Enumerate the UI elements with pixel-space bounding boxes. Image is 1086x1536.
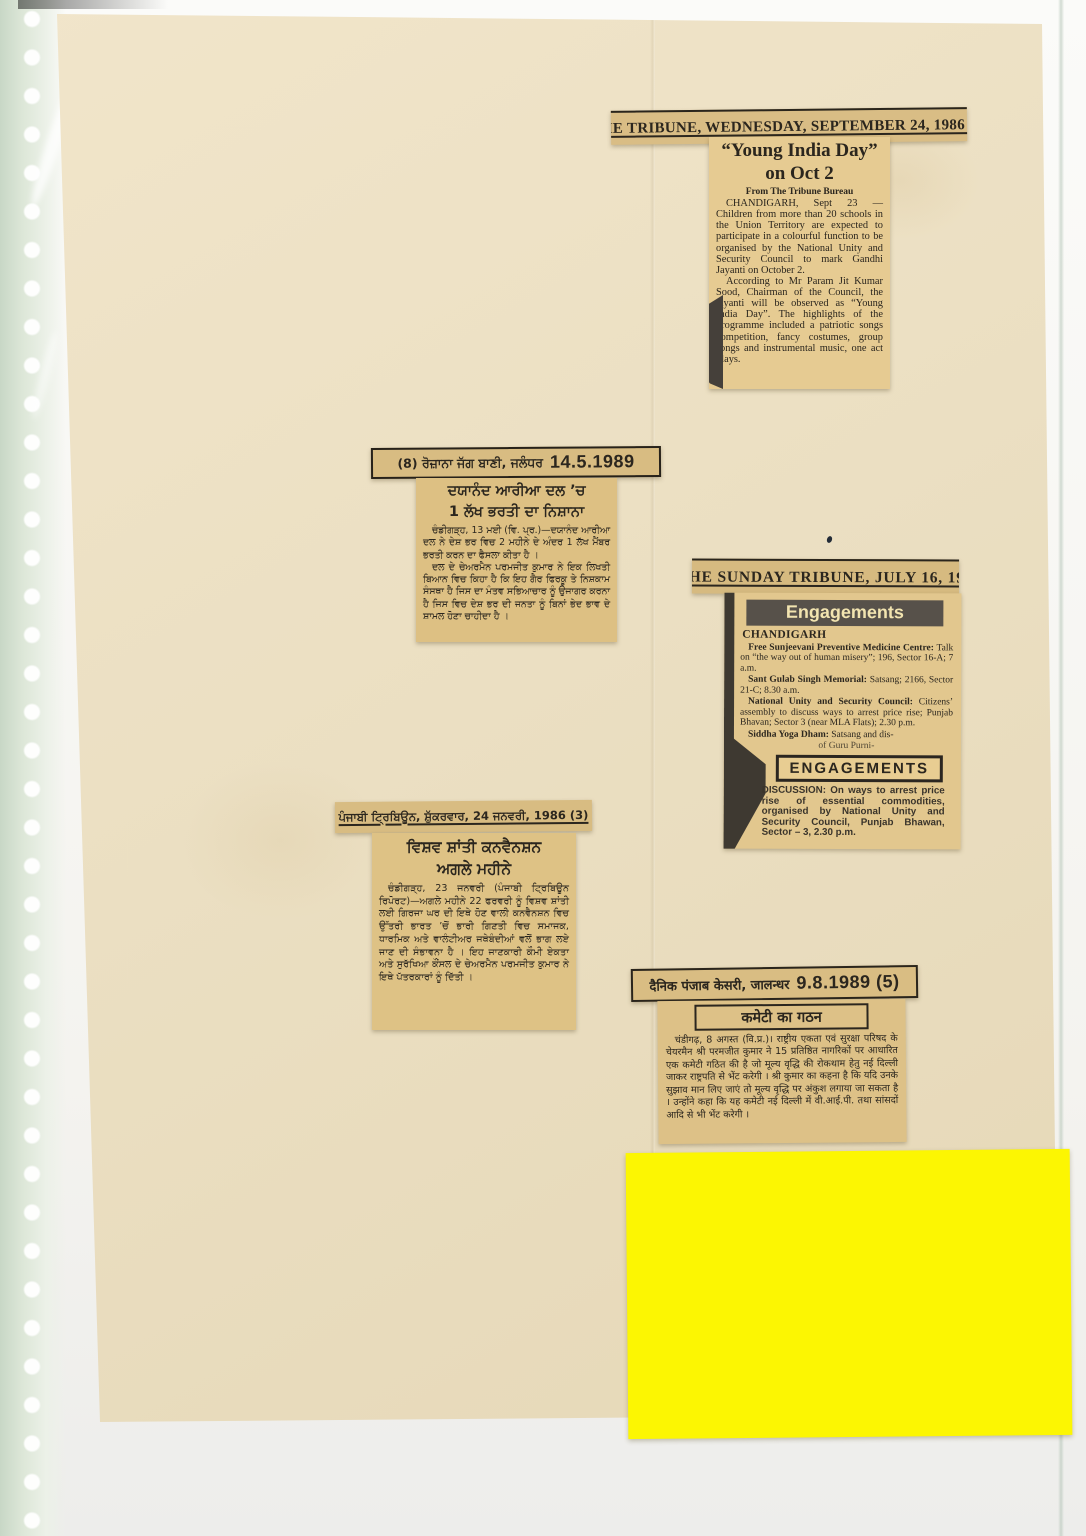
entry-lead: Free Sunjeevani Preventive Medicine Cent… <box>748 643 934 654</box>
clipping-sunday-tribune-masthead: THE SUNDAY TRIBUNE, JULY 16, 198 <box>692 559 959 595</box>
engagements-section-header: Engagements <box>746 600 943 627</box>
yellow-sticky-note <box>626 1149 1073 1439</box>
masthead-text: THE TRIBUNE, WEDNESDAY, SEPTEMBER 24, 19… <box>611 116 967 137</box>
entry-lead: National Unity and Security Council: <box>748 697 913 708</box>
cut-off-text: of Guru Purni- <box>740 741 953 749</box>
masthead-date: 9.8.1989 (5) <box>796 971 899 993</box>
article-headline-line2: on Oct 2 <box>716 164 883 185</box>
engagement-entry: Free Sunjeevani Preventive Medicine Cent… <box>740 643 953 675</box>
masthead-text: (8) ਰੋਜ਼ਾਨਾ ਜੱਗ ਬਾਣੀ, ਜਲੰਧਰ <box>397 454 543 471</box>
entry-lead: Sant Gulab Singh Memorial: <box>748 675 867 685</box>
entry-detail: Satsang and dis- <box>831 729 893 739</box>
article-paragraph: According to Mr Param Jit Kumar Sood, Ch… <box>716 276 883 365</box>
masthead-text: THE SUNDAY TRIBUNE, JULY 16, 198 <box>692 568 959 587</box>
clipping-punjab-kesari-article: कमेटी का गठन चंडीगढ़, 8 अगस्त (वि.प्र.)।… <box>657 999 906 1144</box>
article-headline: ਵਿਸ਼ਵ ਸ਼ਾਂਤੀ ਕਨਵੈਨਸ਼ਨ <box>379 837 569 858</box>
engagement-entry: National Unity and Security Council: Cit… <box>740 697 953 729</box>
article-paragraph: ਚੰਡੀਗੜ੍ਹ, 13 ਮਈ (ਵਿ. ਪ੍ਰ.)—ਦਯਾਨੰਦ ਆਰੀਆ ਦ… <box>423 525 610 562</box>
entry-lead: Siddha Yoga Dham: <box>748 729 829 739</box>
sleeve-perforation-holes <box>17 4 47 1532</box>
article-headline-line2: 1 ਲੱਖ ਭਰਤੀ ਦਾ ਨਿਸ਼ਾਨਾ <box>423 503 610 523</box>
masthead-text: ਪੰਜਾਬੀ ਟ੍ਰਿਬਿਊਨ, ਸ਼ੁੱਕਰਵਾਰ, 24 ਜਨਵਰੀ, 19… <box>339 808 589 825</box>
engagements-box-header: ENGAGEMENTS <box>776 755 943 783</box>
clipping-jagbani-article: ਦਯਾਨੰਦ ਆਰੀਆ ਦਲ ’ਚ 1 ਲੱਖ ਭਰਤੀ ਦਾ ਨਿਸ਼ਾਨਾ … <box>416 478 617 642</box>
article-byline: From The Tribune Bureau <box>716 187 883 197</box>
clipping-punjabi-tribune-masthead: ਪੰਜਾਬੀ ਟ੍ਰਿਬਿਊਨ, ਸ਼ੁੱਕਰਵਾਰ, 24 ਜਨਵਰੀ, 19… <box>335 800 592 833</box>
city-label: CHANDIGARH <box>742 629 955 642</box>
clipping-punjab-kesari-masthead: दैनिक पंजाब केसरी, जालन्धर 9.8.1989 (5) <box>631 965 918 1002</box>
engagement-entry: Sant Gulab Singh Memorial: Satsang; 2166… <box>740 675 953 697</box>
discussion-paragraph: DISCUSSION: On ways to arrest price rise… <box>762 786 945 840</box>
clipping-punjabi-tribune-article: ਵਿਸ਼ਵ ਸ਼ਾਂਤੀ ਕਨਵੈਨਸ਼ਨ ਅਗਲੇ ਮਹੀਨੇ ਚੰਡੀਗੜ੍… <box>372 833 576 1030</box>
torn-print-edge <box>709 295 723 389</box>
clipping-engagements: Engagements CHANDIGARH Free Sunjeevani P… <box>724 593 962 850</box>
engagements-content: Engagements CHANDIGARH Free Sunjeevani P… <box>740 600 956 840</box>
masthead-text: दैनिक पंजाब केसरी, जालन्धर <box>649 974 789 994</box>
article-paragraph: ਦਲ ਦੇ ਚੇਅਰਮੈਨ ਪਰਮਜੀਤ ਕੁਮਾਰ ਨੇ ਇਕ ਲਿਖਤੀ ਬ… <box>423 562 610 623</box>
clipping-jagbani-masthead: (8) ਰੋਜ਼ਾਨਾ ਜੱਗ ਬਾਣੀ, ਜਲੰਧਰ 14.5.1989 <box>371 446 661 479</box>
clipping-tribune-article: “Young India Day” on Oct 2 From The Trib… <box>709 137 890 389</box>
scan-edge-shadow <box>18 0 168 9</box>
article-paragraph: CHANDIGARH, Sept 23 — Children from more… <box>716 198 883 276</box>
masthead-date: 14.5.1989 <box>550 451 635 473</box>
paper-stain <box>180 760 380 920</box>
article-headline: कमेटी का गठन <box>694 1003 868 1031</box>
article-headline: ਦਯਾਨੰਦ ਆਰੀਆ ਦਲ ’ਚ <box>423 482 610 502</box>
ink-dot <box>826 535 833 543</box>
article-paragraph: चंडीगढ़, 8 अगस्त (वि.प्र.)। राष्ट्रीय एक… <box>666 1033 899 1122</box>
engagement-entry: Siddha Yoga Dham: Satsang and dis- <box>740 729 953 740</box>
article-paragraph: ਚੰਡੀਗੜ੍ਹ, 23 ਜਨਵਰੀ (ਪੰਜਾਬੀ ਟ੍ਰਿਬਿਊਨ ਰਿਪੋ… <box>379 883 569 985</box>
scanned-scrapbook-page: THE TRIBUNE, WEDNESDAY, SEPTEMBER 24, 19… <box>0 0 1086 1536</box>
article-headline: “Young India Day” <box>716 141 883 162</box>
article-headline-line2: ਅਗਲੇ ਮਹੀਨੇ <box>379 859 569 880</box>
